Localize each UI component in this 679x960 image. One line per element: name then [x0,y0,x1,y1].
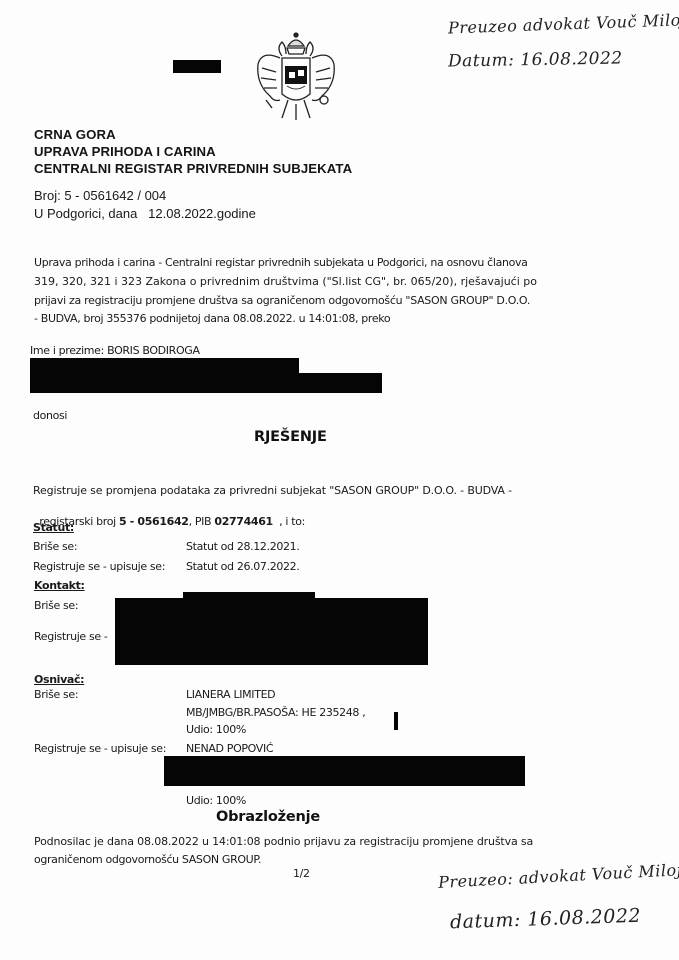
donosi-text: donosi [33,409,67,422]
intro-line: 319, 320, 321 i 323 Zakona o privrednim … [34,275,537,288]
handwritten-note-bottom-line1: Preuzeo: advokat Vouč Milojko [438,859,679,892]
coat-of-arms-icon [252,28,340,123]
decision-title: RJEŠENJE [254,429,327,445]
statut-remove-label: Briše se: [33,540,77,553]
kontakt-add-label: Registruje se - [34,630,108,643]
reasoning-title: Obrazloženje [216,809,320,825]
decision-line1: Registruje se promjena podataka za privr… [33,484,512,497]
header-registry: CENTRALNI REGISTAR PRIVREDNIH SUBJEKATA [34,161,352,176]
osnivac-remove-id: MB/JMBG/BR.PASOŠA: HE 235248 , [186,706,365,719]
statut-add-value: Statut od 26.07.2022. [186,560,299,573]
redaction-osnivac [164,756,525,786]
kontakt-heading: Kontakt: [34,579,85,592]
osnivac-add-share: Udio: 100% [186,794,246,807]
osnivac-add-label: Registruje se - upisuje se: [34,742,166,755]
osnivac-add-name: NENAD POPOVIĆ [186,742,273,755]
intro-line: Uprava prihoda i carina - Centralni regi… [34,256,528,269]
osnivac-heading: Osnivač: [34,673,84,686]
redaction-kontakt [115,598,428,665]
handwritten-note-top-line1: Preuzeo advokat Vouč Milojko [448,9,679,37]
osnivac-remove-share: Udio: 100% [186,723,246,736]
intro-line: prijavi za registraciju promjene društva… [34,294,530,307]
redaction-bar-top [173,60,221,73]
statut-add-label: Registruje se - upisuje se: [33,560,165,573]
applicant-name: Ime i prezime: BORIS BODIROGA [30,344,200,357]
osnivac-remove-name: LIANERA LIMITED [186,688,275,701]
redaction-applicant-b [30,373,382,393]
pib-number: 02774461 [214,515,272,528]
document-number: Broj: 5 - 0561642 / 004 [34,188,166,203]
osnivac-remove-label: Briše se: [34,688,78,701]
page-number: 1/2 [293,867,310,880]
handwritten-note-bottom-line2: datum: 16.08.2022 [450,905,642,934]
redaction-mark-small [394,712,398,730]
decision-line2-suffix: , i to: [273,515,305,528]
intro-line: - BUDVA, broj 355376 podnijetoj dana 08.… [34,312,390,325]
reasoning-line: ograničenom odgovornošću SASON GROUP. [34,853,261,866]
reasoning-line: Podnosilac je dana 08.08.2022 u 14:01:08… [34,835,533,848]
pib-label: , PIB [189,515,215,528]
handwritten-note-top-line2: Datum: 16.08.2022 [448,48,623,71]
statut-remove-value: Statut od 28.12.2021. [186,540,299,553]
statut-heading: Statut: [33,521,74,534]
registration-number: 5 - 0561642 [119,515,189,528]
place-date: U Podgorici, dana 12.08.2022.godine [34,206,256,221]
kontakt-remove-label: Briše se: [34,599,78,612]
header-authority: UPRAVA PRIHODA I CARINA [34,144,216,159]
header-country: CRNA GORA [34,127,116,142]
